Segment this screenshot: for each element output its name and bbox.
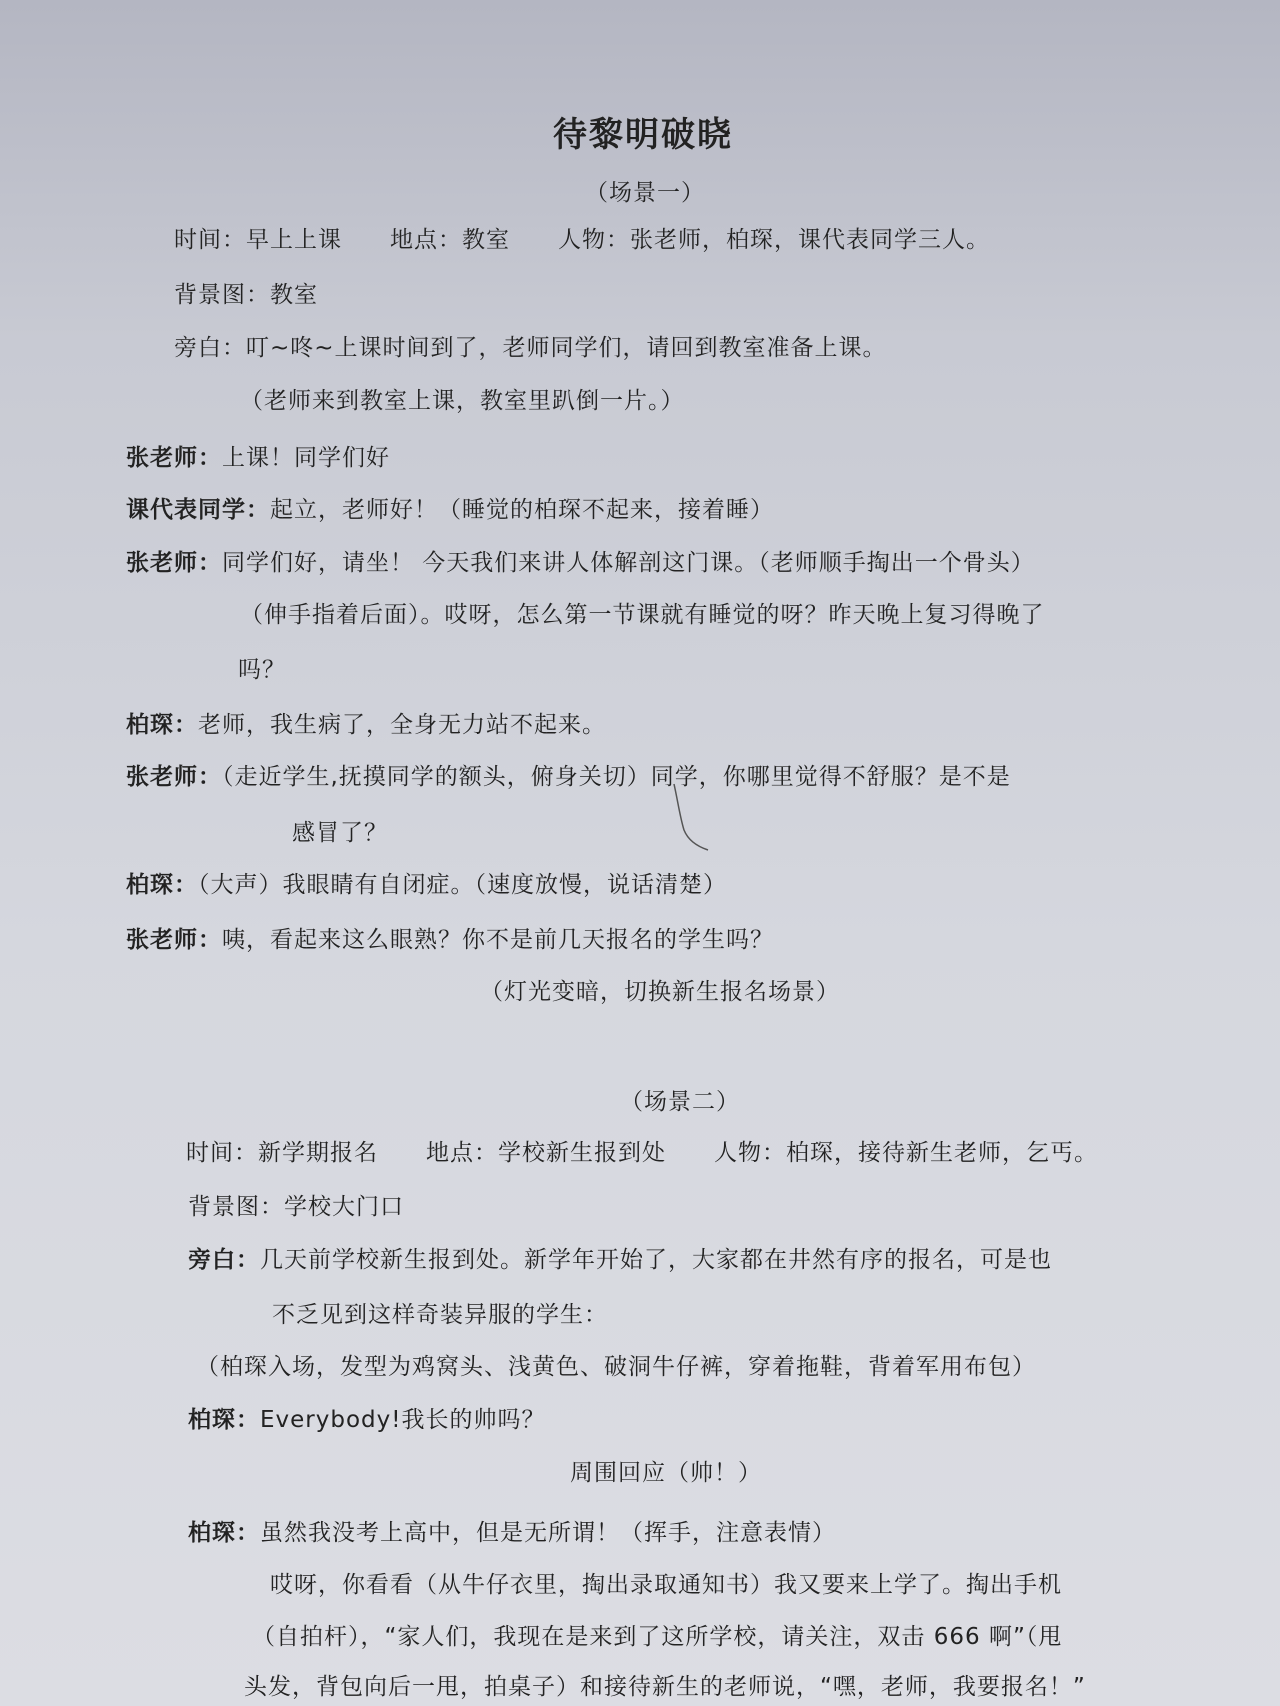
speaker: 张老师： <box>126 550 222 576</box>
dialogue-line: 张老师：（走近学生,抚摸同学的额头，俯身关切）同学，你哪里觉得不舒服？是不是 <box>126 762 1011 792</box>
speaker: 柏琛： <box>188 1407 260 1433</box>
speaker: 课代表同学： <box>126 497 270 523</box>
dialogue-text: （大声）我眼睛有自闭症。（速度放慢，说话清楚） <box>198 872 727 898</box>
dialogue-continuation: （自拍杆），“家人们，我现在是来到了这所学校，请关注，双击 666 啊”（甩 <box>252 1622 1062 1652</box>
scene1-heading: （场景一） <box>585 178 705 208</box>
scene2-stage-direction: （柏琛入场，发型为鸡窝头、浅黄色、破洞牛仔裤，穿着拖鞋，背着军用布包） <box>196 1352 1036 1382</box>
scene2-heading: （场景二） <box>620 1087 740 1117</box>
scene2-background: 背景图：学校大门口 <box>188 1192 404 1222</box>
dialogue-line: 柏琛：虽然我没考上高中，但是无所谓！（挥手，注意表情） <box>188 1518 836 1548</box>
dialogue-line: 柏琛：（大声）我眼睛有自闭症。（速度放慢，说话清楚） <box>126 870 727 900</box>
scene1-info: 时间：早上上课 地点：教室 人物：张老师，柏琛，课代表同学三人。 <box>174 225 990 255</box>
dialogue-text: 老师，我生病了，全身无力站不起来。 <box>198 712 606 738</box>
pen-scratch-mark <box>672 782 712 852</box>
dialogue-continuation: （伸手指着后面）。哎呀，怎么第一节课就有睡觉的呀？昨天晚上复习得晚了 <box>240 600 1045 630</box>
speaker: 旁白： <box>188 1247 260 1273</box>
dialogue-continuation: 感冒了？ <box>292 818 388 848</box>
dialogue-continuation: 头发，背包向后一甩，拍桌子）和接待新生的老师说，“嘿，老师，我要报名！” <box>244 1672 1086 1702</box>
dialogue-line: 张老师：上课！同学们好 <box>126 443 390 473</box>
speaker: 张老师： <box>126 927 222 953</box>
dialogue-text: 起立，老师好！（睡觉的柏琛不起来，接着睡） <box>270 497 774 523</box>
dialogue-line: 张老师：咦，看起来这么眼熟？你不是前几天报名的学生吗？ <box>126 925 774 955</box>
dialogue-line: 张老师：同学们好，请坐！ 今天我们来讲人体解剖这门课。（老师顺手掏出一个骨头） <box>126 548 1035 578</box>
dialogue-line: 柏琛：Everybody!我长的帅吗？ <box>188 1405 545 1435</box>
speaker: 柏琛： <box>188 1520 260 1546</box>
speaker: 柏琛： <box>126 872 198 898</box>
dialogue-continuation: 哎呀，你看看（从牛仔衣里，掏出录取通知书）我又要来上学了。掏出手机 <box>270 1570 1062 1600</box>
dialogue-text: 上课！同学们好 <box>222 445 390 471</box>
document-title: 待黎明破晓 <box>553 120 733 150</box>
dialogue-text: 咦，看起来这么眼熟？你不是前几天报名的学生吗？ <box>222 927 774 953</box>
narration-text: 几天前学校新生报到处。新学年开始了，大家都在井然有序的报名，可是也 <box>260 1247 1052 1273</box>
dialogue-line: 柏琛：老师，我生病了，全身无力站不起来。 <box>126 710 606 740</box>
crowd-response: 周围回应（帅！） <box>570 1458 762 1488</box>
speaker: 张老师： <box>126 445 222 471</box>
scene2-narration: 旁白：几天前学校新生报到处。新学年开始了，大家都在井然有序的报名，可是也 <box>188 1245 1052 1275</box>
scene1-transition: （灯光变暗，切换新生报名场景） <box>480 977 840 1007</box>
speaker: 柏琛： <box>126 712 198 738</box>
narration-continuation: 不乏见到这样奇装异服的学生： <box>272 1300 608 1330</box>
dialogue-text: 虽然我没考上高中，但是无所谓！（挥手，注意表情） <box>260 1520 836 1546</box>
dialogue-text: 同学们好，请坐！ 今天我们来讲人体解剖这门课。（老师顺手掏出一个骨头） <box>222 550 1035 576</box>
scene1-stage-direction: （老师来到教室上课，教室里趴倒一片。） <box>240 386 685 416</box>
dialogue-text: （走近学生,抚摸同学的额头，俯身关切）同学，你哪里觉得不舒服？是不是 <box>222 764 1011 790</box>
speaker: 张老师： <box>126 764 222 790</box>
script-page: 待黎明破晓 （场景一） 时间：早上上课 地点：教室 人物：张老师，柏琛，课代表同… <box>0 0 1280 1706</box>
scene1-narration: 旁白：叮~咚~上课时间到了，老师同学们，请回到教室准备上课。 <box>174 333 887 363</box>
scene2-info: 时间：新学期报名 地点：学校新生报到处 人物：柏琛，接待新生老师，乞丐。 <box>186 1138 1098 1168</box>
dialogue-line: 课代表同学：起立，老师好！（睡觉的柏琛不起来，接着睡） <box>126 495 774 525</box>
scene1-background: 背景图：教室 <box>174 280 318 310</box>
dialogue-text: Everybody!我长的帅吗？ <box>260 1407 545 1433</box>
dialogue-continuation: 吗？ <box>238 655 286 685</box>
